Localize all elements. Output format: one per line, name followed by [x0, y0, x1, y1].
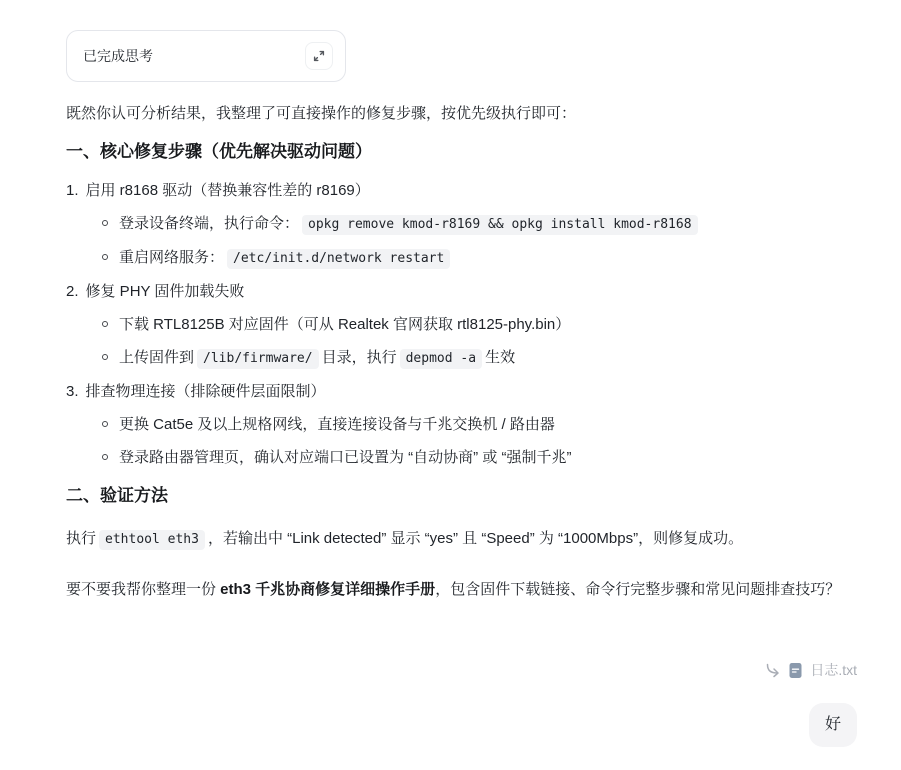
section-heading-core-fix-steps: 一、核心修复步骤（优先解决驱动问题）: [66, 140, 857, 164]
step-title: 排查物理连接（排除硬件层面限制）: [86, 380, 326, 404]
bullet-text: 更换 Cat5e 及以上规格网线，直接连接设备与千兆交换机 / 路由器: [119, 413, 857, 437]
chat-page: 已完成思考 既然你认可分析结果，我整理了可直接操作的修复步骤，按优先级执行即可：…: [0, 0, 901, 770]
closing-bold-segment: eth3 千兆协商修复详细操作手册: [220, 581, 435, 598]
bullet-text: 重启网络服务：/etc/init.d/network restart: [119, 246, 857, 271]
step-title: 启用 r8168 驱动（替换兼容性差的 r8169）: [86, 179, 370, 203]
expand-thinking-button[interactable]: [305, 42, 333, 70]
bullet-text: 下载 RTL8125B 对应固件（可从 Realtek 官网获取 rtl8125…: [119, 313, 857, 337]
user-message-bubble: 好: [809, 703, 857, 747]
list-item-step-3: 3. 排查物理连接（排除硬件层面限制） 更换 Cat5e 及以上规格网线，直接连…: [66, 380, 857, 470]
bullet-text: 登录路由器管理页，确认对应端口已设置为 “自动协商” 或 “强制千兆”: [119, 446, 857, 470]
bullet-text-segment: 上传固件到: [119, 349, 194, 366]
closing-text-segment: ，包含固件下载链接、命令行完整步骤和常见问题排查技巧？: [435, 581, 840, 598]
list-item: 登录设备终端，执行命令：opkg remove kmod-r8169 && op…: [66, 212, 857, 237]
bullet-text-segment: 登录设备终端，执行命令：: [119, 215, 299, 232]
step-number: 2.: [66, 280, 79, 304]
step-number: 1.: [66, 179, 79, 203]
list-item-step-1: 1. 启用 r8168 驱动（替换兼容性差的 r8169） 登录设备终端，执行命…: [66, 179, 857, 271]
list-item: 上传固件到/lib/firmware/目录，执行depmod -a生效: [66, 346, 857, 371]
list-item: 登录路由器管理页，确认对应端口已设置为 “自动协商” 或 “强制千兆”: [66, 446, 857, 470]
thinking-status-label: 已完成思考: [83, 44, 153, 68]
followup-question-text: 要不要我帮你整理一份 eth3 千兆协商修复详细操作手册，包含固件下载链接、命令…: [66, 578, 857, 602]
bullet-marker-icon: [102, 321, 108, 327]
quoted-file-name: 日志.txt: [810, 658, 857, 682]
bullet-text-segment: 登录路由器管理页，确认对应端口已设置为 “自动协商” 或 “强制千兆”: [119, 449, 572, 466]
bullet-text-segment: 下载 RTL8125B 对应固件（可从 Realtek 官网获取 rtl8125…: [119, 316, 570, 333]
inline-code: /lib/firmware/: [197, 349, 319, 369]
bullet-marker-icon: [102, 220, 108, 226]
bullet-marker-icon: [102, 354, 108, 360]
assistant-intro-text: 既然你认可分析结果，我整理了可直接操作的修复步骤，按优先级执行即可：: [66, 102, 857, 126]
bullet-text-segment: 生效: [485, 349, 515, 366]
inline-code: /etc/init.d/network restart: [227, 249, 450, 269]
verification-text: 执行ethtool eth3，若输出中 “Link detected” 显示 “…: [66, 527, 857, 552]
inline-code: depmod -a: [400, 349, 482, 369]
bullet-text-segment: 重启网络服务：: [119, 249, 224, 266]
bullet-marker-icon: [102, 421, 108, 427]
list-item-step-2: 2. 修复 PHY 固件加载失败 下载 RTL8125B 对应固件（可从 Rea…: [66, 280, 857, 371]
list-item: 下载 RTL8125B 对应固件（可从 Realtek 官网获取 rtl8125…: [66, 313, 857, 337]
bullet-text-segment: 更换 Cat5e 及以上规格网线，直接连接设备与千兆交换机 / 路由器: [119, 416, 555, 433]
verify-text-segment: ，若输出中 “Link detected” 显示 “yes” 且 “Speed”…: [208, 530, 743, 547]
closing-text-segment: 要不要我帮你整理一份: [66, 581, 220, 598]
inline-code: ethtool eth3: [99, 530, 205, 550]
quoted-file-reference[interactable]: 日志.txt: [66, 658, 857, 682]
bullet-marker-icon: [102, 454, 108, 460]
user-message-text: 好: [825, 716, 841, 733]
user-message-row: 好: [66, 703, 857, 747]
inline-code: opkg remove kmod-r8169 && opkg install k…: [302, 215, 698, 235]
step-number: 3.: [66, 380, 79, 404]
section-heading-verification: 二、验证方法: [66, 484, 857, 508]
reply-arrow-icon: [764, 662, 781, 679]
bullet-marker-icon: [102, 254, 108, 260]
bullet-text: 登录设备终端，执行命令：opkg remove kmod-r8169 && op…: [119, 212, 857, 237]
ordered-steps-list: 1. 启用 r8168 驱动（替换兼容性差的 r8169） 登录设备终端，执行命…: [66, 179, 857, 470]
expand-icon: [312, 49, 326, 63]
list-item: 更换 Cat5e 及以上规格网线，直接连接设备与千兆交换机 / 路由器: [66, 413, 857, 437]
file-icon: [788, 662, 803, 679]
thinking-status-card[interactable]: 已完成思考: [66, 30, 346, 82]
list-item: 重启网络服务：/etc/init.d/network restart: [66, 246, 857, 271]
step-title: 修复 PHY 固件加载失败: [86, 280, 245, 304]
bullet-text: 上传固件到/lib/firmware/目录，执行depmod -a生效: [119, 346, 857, 371]
verify-text-segment: 执行: [66, 530, 96, 547]
bullet-text-segment: 目录，执行: [322, 349, 397, 366]
